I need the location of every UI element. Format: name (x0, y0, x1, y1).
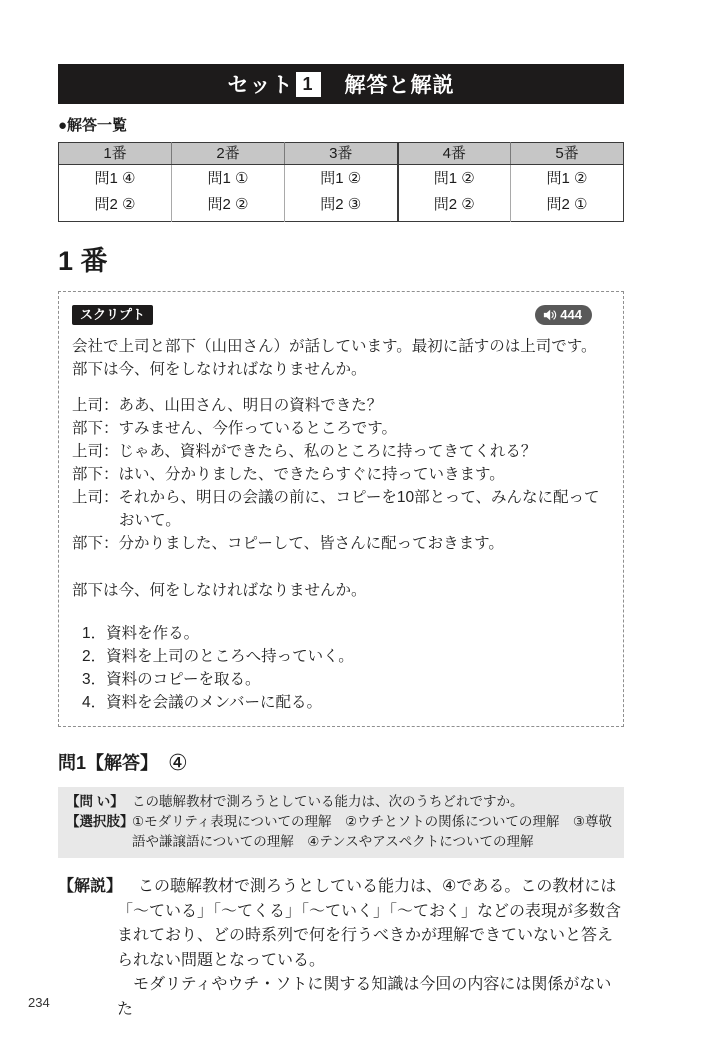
sentakushi-row: 【選択肢】 ①モダリティ表現についての理解 ②ウチとソトの関係についての理解 ③… (66, 812, 614, 852)
script-intro-line: 会社で上司と部下（山田さん）が話しています。最初に話すのは上司です。 (72, 335, 610, 358)
answer-cell: 問1 ① 問2 ② (172, 165, 285, 222)
spacer (72, 602, 610, 622)
script-question: 部下は今、何をしなければなりませんか。 (72, 579, 610, 602)
choice-item: 2．資料を上司のところへ持っていく。 (72, 645, 610, 668)
dialogue-line: 上司：じゃあ、資料ができたら、私のところに持ってきてくれる？ (72, 440, 610, 463)
answer-table: 1番 2番 3番 4番 5番 問1 ④ 問2 ② 問1 ① 問2 ② (58, 142, 624, 222)
kaisetsu-paragraph: モダリティやウチ・ソトに関する知識は今回の内容には関係がないた (58, 973, 624, 1022)
kaisetsu-text: この聴解教材で測ろうとしている能力は、④である。この教材には「～ている」「～てく… (117, 878, 621, 969)
toi-label: 【問 い】 (66, 792, 126, 812)
dialogue-line: 部下：すみません、今作っているところです。 (72, 417, 610, 440)
set-number-badge: 1 (296, 72, 321, 97)
audio-track-number: 444 (560, 305, 582, 325)
toi-row: 【問 い】 この聴解教材で測ろうとしている能力は、次のうちどれですか。 (66, 792, 614, 812)
script-label: スクリプト (72, 305, 153, 325)
sentakushi-label: 【選択肢】 (66, 812, 126, 852)
answer-table-header-cell: 5番 (511, 143, 624, 165)
answer-table-header-cell: 2番 (172, 143, 285, 165)
kaisetsu-label: 【解説】 (58, 875, 117, 900)
kaisetsu-paragraph: 【解説】この聴解教材で測ろうとしている能力は、④である。この教材には「～ている」… (58, 875, 624, 973)
answer-q1: 問1 ② (285, 166, 397, 192)
book-page: セット1解答と解説 ●解答一覧 1番 2番 3番 4番 5番 問1 ④ 問2 ② (0, 0, 706, 1040)
question1-answer-label: 【解答】 (86, 753, 158, 773)
answer-q1: 問1 ① (172, 166, 284, 192)
answer-q1: 問1 ④ (59, 166, 171, 192)
script-box: スクリプト 444 会社で上司と部下（山田さん）が話しています。最初に話すのは上… (58, 291, 624, 727)
question1-answer-value: ④ (168, 750, 188, 775)
choice-item: 3．資料のコピーを取る。 (72, 668, 610, 691)
dialogue-line: 上司：ああ、山田さん、明日の資料できた？ (72, 394, 610, 417)
answer-list-heading: ●解答一覧 (58, 117, 624, 135)
audio-badge: 444 (535, 305, 592, 325)
answer-table-header-cell: 3番 (285, 143, 398, 165)
section-title: 1 番 (58, 246, 624, 277)
question1-answer-heading: 問1【解答】④ (58, 751, 624, 775)
answer-table-header-cell: 1番 (59, 143, 172, 165)
dialogue-line: 部下：はい、分かりました、できたらすぐに持っていきます。 (72, 463, 610, 486)
script-box-top: スクリプト 444 (72, 305, 610, 327)
answer-table-header-row: 1番 2番 3番 4番 5番 (59, 143, 624, 165)
answer-q1: 問1 ② (399, 166, 511, 192)
answer-q1: 問1 ② (511, 166, 623, 192)
script-intro-line: 部下は今、何をしなければなりませんか。 (72, 358, 610, 381)
choice-item: 1．資料を作る。 (72, 622, 610, 645)
answer-cell: 問1 ④ 問2 ② (59, 165, 172, 222)
answer-cell: 問1 ② 問2 ① (511, 165, 624, 222)
spacer (72, 381, 610, 394)
answer-q2: 問2 ② (172, 192, 284, 218)
answer-cell: 問1 ② 問2 ② (398, 165, 511, 222)
header-title: 解答と解説 (345, 69, 455, 99)
choice-item: 4．資料を会議のメンバーに配る。 (72, 691, 610, 714)
spacer (72, 555, 610, 579)
answer-table-header-cell: 4番 (398, 143, 511, 165)
toi-text: この聴解教材で測ろうとしている能力は、次のうちどれですか。 (132, 792, 614, 812)
answer-q2: 問2 ② (59, 192, 171, 218)
section-header-bar: セット1解答と解説 (58, 64, 624, 104)
answer-q2: 問2 ① (511, 192, 623, 218)
dialogue-line: 部下：分かりました、コピーして、皆さんに配っておきます。 (72, 532, 610, 555)
set-label: セット (228, 69, 294, 99)
kaisetsu-section: 【解説】この聴解教材で測ろうとしている能力は、④である。この教材には「～ている」… (58, 875, 624, 1022)
answer-q2: 問2 ② (399, 192, 511, 218)
dialogue-line: 上司：それから、明日の会議の前に、コピーを10部とって、みんなに配っておいて。 (72, 486, 610, 532)
answer-table-body-row: 問1 ④ 問2 ② 問1 ① 問2 ② 問1 ② 問2 ③ 問1 ② 問2 ② (59, 165, 624, 222)
sentakushi-text: ①モダリティ表現についての理解 ②ウチとソトの関係についての理解 ③尊敬語や謙譲… (132, 812, 614, 852)
page-number: 234 (28, 995, 50, 1010)
answer-cell: 問1 ② 問2 ③ (285, 165, 398, 222)
question-info-box: 【問 い】 この聴解教材で測ろうとしている能力は、次のうちどれですか。 【選択肢… (58, 787, 624, 858)
answer-q2: 問2 ③ (285, 192, 397, 218)
page-content: セット1解答と解説 ●解答一覧 1番 2番 3番 4番 5番 問1 ④ 問2 ② (58, 64, 624, 1022)
speaker-icon (543, 308, 557, 322)
question1-number: 問1 (58, 753, 86, 773)
